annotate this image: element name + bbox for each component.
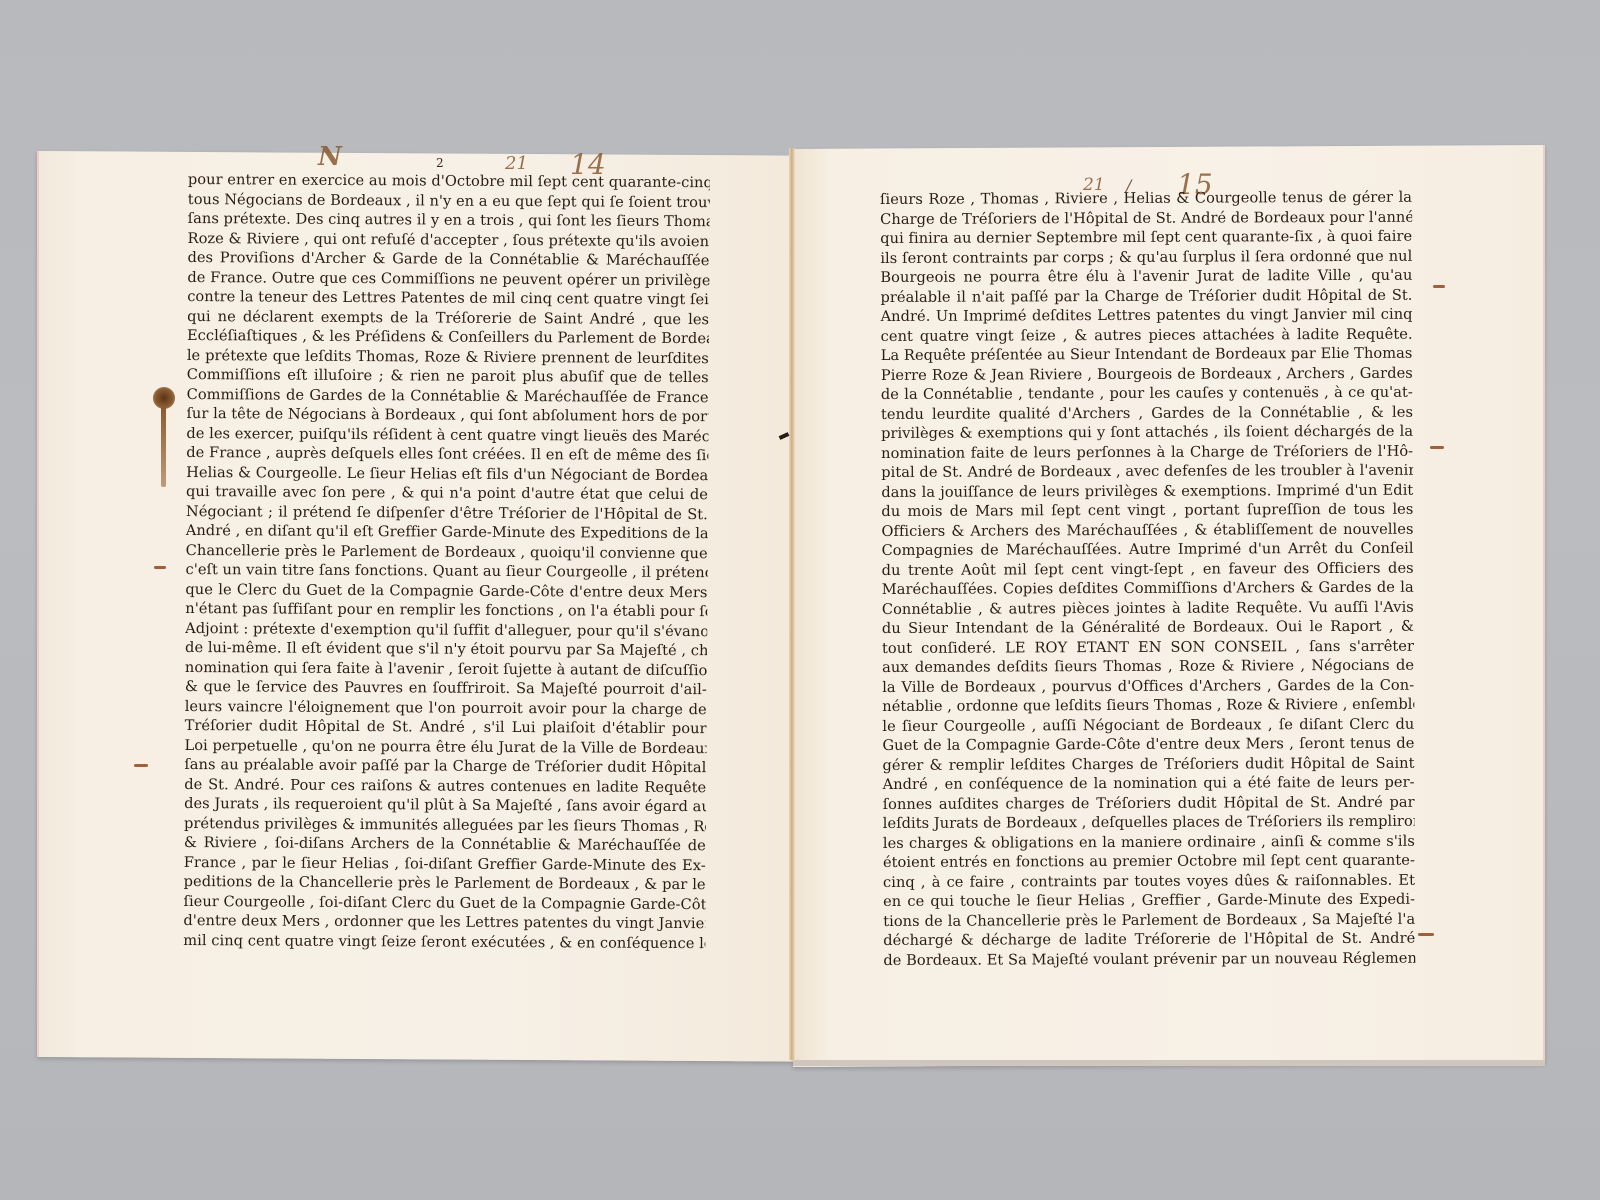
right-page-text: ſieurs Roze , Thomas , Riviere , Helias … [880, 188, 1415, 970]
text-line: tendu leurdite qualité d'Archers , Garde… [881, 402, 1413, 424]
text-line: gérer & remplir leſdites Charges de Tréſ… [882, 753, 1414, 775]
text-line: nétablie , ordonne que leſdits ſieurs Th… [882, 695, 1414, 717]
text-line: dans la jouiſſance de leurs privilèges &… [881, 480, 1413, 502]
ink-drip-stain [161, 405, 166, 487]
printed-page-number: 2 [436, 156, 444, 170]
text-line: étoient entrés en fonctions au premier O… [883, 851, 1415, 873]
text-line: peditions de la Chancellerie près le Par… [184, 872, 706, 895]
text-line: du mois de Mars mil ſept cent vingt , po… [881, 500, 1413, 522]
text-line: ſur la tête de Négocians à Bordeaux , qu… [186, 404, 708, 427]
text-line: ſans prétexte. Des cinq autres il y en a… [188, 209, 710, 232]
text-line: pour entrer en exercice au mois d'Octobr… [188, 170, 710, 193]
text-line: Charge de Tréſoriers de l'Hôpital de St.… [880, 207, 1412, 229]
text-line: & Riviere , ſoi-diſans Archers de la Con… [184, 833, 706, 856]
text-line: les charges & obligations en la maniere … [883, 831, 1415, 853]
text-line: & que le ſervice des Pauvres en ſouffrir… [185, 677, 707, 700]
text-line: ſonnes auſdites charges de Tréſoriers du… [883, 792, 1415, 814]
text-line: La Requête préſentée au Sieur Intendant … [881, 344, 1413, 366]
text-line: en ce qui touche le ſieur Helias , Greff… [883, 890, 1415, 912]
page-bottom-edge [793, 1060, 1545, 1066]
text-line: pital de St. André de Bordeaux , avec de… [881, 461, 1413, 483]
book-gutter [789, 148, 795, 1060]
text-line: qui finira au dernier Septembre mil ſept… [880, 227, 1412, 249]
text-line: des Jurats , ils requeroient qu'il plût … [184, 794, 706, 817]
margin-mark [154, 566, 166, 569]
text-line: d'entre deux Mers , ordonner que les Let… [183, 911, 705, 934]
text-line: qui travaille avec ſon pere , & qui n'a … [186, 482, 708, 505]
text-line: André. Un Imprimé deſdites Lettres paten… [881, 305, 1413, 327]
text-line: ſans au préalable avoir paſſé par la Cha… [184, 755, 706, 778]
text-line: préalable il n'ait paſſé par la Charge d… [880, 285, 1412, 307]
text-line: Connétablie , & autres pièces jointes à … [882, 597, 1414, 619]
text-line: nomination faite de leurs perſonnes à la… [881, 441, 1413, 463]
text-line: de lui-même. Il eſt évident que s'il n'y… [185, 638, 707, 661]
margin-mark [134, 764, 148, 767]
text-line: de France , auprès deſquels elles ſont c… [186, 443, 708, 466]
text-line: n'étant pas ſuffiſant pour en remplir le… [185, 599, 707, 622]
margin-mark [1433, 285, 1445, 288]
text-line: Tréſorier dudit Hôpital de St. André , s… [185, 716, 707, 739]
text-line: tions de la Chancellerie près le Parleme… [883, 909, 1415, 931]
text-line: de Bordeaux. Et Sa Majeſté voulant préve… [883, 948, 1415, 970]
text-line: cent quatre vingt ſeize , & autres piece… [881, 324, 1413, 346]
text-line: des Proviſions d'Archer & Garde de la Co… [187, 248, 709, 271]
text-line: aux demandes deſdits ſieurs Thomas , Roz… [882, 656, 1414, 678]
text-line: ſieurs Roze , Thomas , Riviere , Helias … [880, 188, 1412, 210]
text-line: la Ville de Bordeaux , pourvus d'Offices… [882, 675, 1414, 697]
text-line: Pierre Roze & Jean Riviere , Bourgeois d… [881, 363, 1413, 385]
manuscript-annotation: 21 [505, 153, 528, 174]
text-line: du trente Août mil ſept cent vingt-ſept … [882, 558, 1414, 580]
text-line: Commiſſions eſt illuſoire ; & rien ne pa… [187, 365, 709, 388]
margin-mark [1430, 446, 1444, 449]
manuscript-annotation: N [318, 142, 342, 172]
text-line: ils ſeront contraints par corps ; & qu'a… [880, 246, 1412, 268]
text-line: le ſieur Courgeolle , auſſi Négociant de… [882, 714, 1414, 736]
text-line: de la Connétablie , tendante , pour les … [881, 383, 1413, 405]
text-line: Eccléſiaſtiques , & les Préſidens & Conſ… [187, 326, 709, 349]
text-line: du Sieur Intendant de la Généralité de B… [882, 617, 1414, 639]
text-line: tout conſideré. LE ROY ETANT EN SON CONS… [882, 636, 1414, 658]
text-line: Bourgeois ne pourra être élu à l'avenir … [880, 266, 1412, 288]
text-line: mil cinq cent quatre vingt ſeize ſeront … [183, 930, 705, 953]
text-line: Officiers & Archers des Maréchauſſées , … [881, 519, 1413, 541]
left-page-text: pour entrer en exercice au mois d'Octobr… [183, 170, 710, 953]
text-line: Maréchauſſées. Copies deſdites Commiſſio… [882, 578, 1414, 600]
text-line: Guet de la Compagnie Garde-Côte d'entre … [882, 734, 1414, 756]
text-line: Compagnies de Maréchauſſées. Autre Impri… [882, 539, 1414, 561]
text-line: c'eſt un vain titre ſans fonctions. Quan… [185, 560, 707, 583]
text-line: déchargé & décharge de ladite Tréſorerie… [883, 929, 1415, 951]
text-line: privilèges & exemptions qui y ſont attac… [881, 422, 1413, 444]
text-line: André , en conſéquence de la nomination … [883, 773, 1415, 795]
margin-mark [1418, 933, 1434, 936]
text-line: André , en diſant qu'il eſt Greffier Gar… [186, 521, 708, 544]
text-line: leſdits Jurats de Bordeaux , deſquelles … [883, 812, 1415, 834]
text-line: contre la teneur des Lettres Patentes de… [187, 287, 709, 310]
text-line: cinq , à ce faire , contraints par toute… [883, 870, 1415, 892]
